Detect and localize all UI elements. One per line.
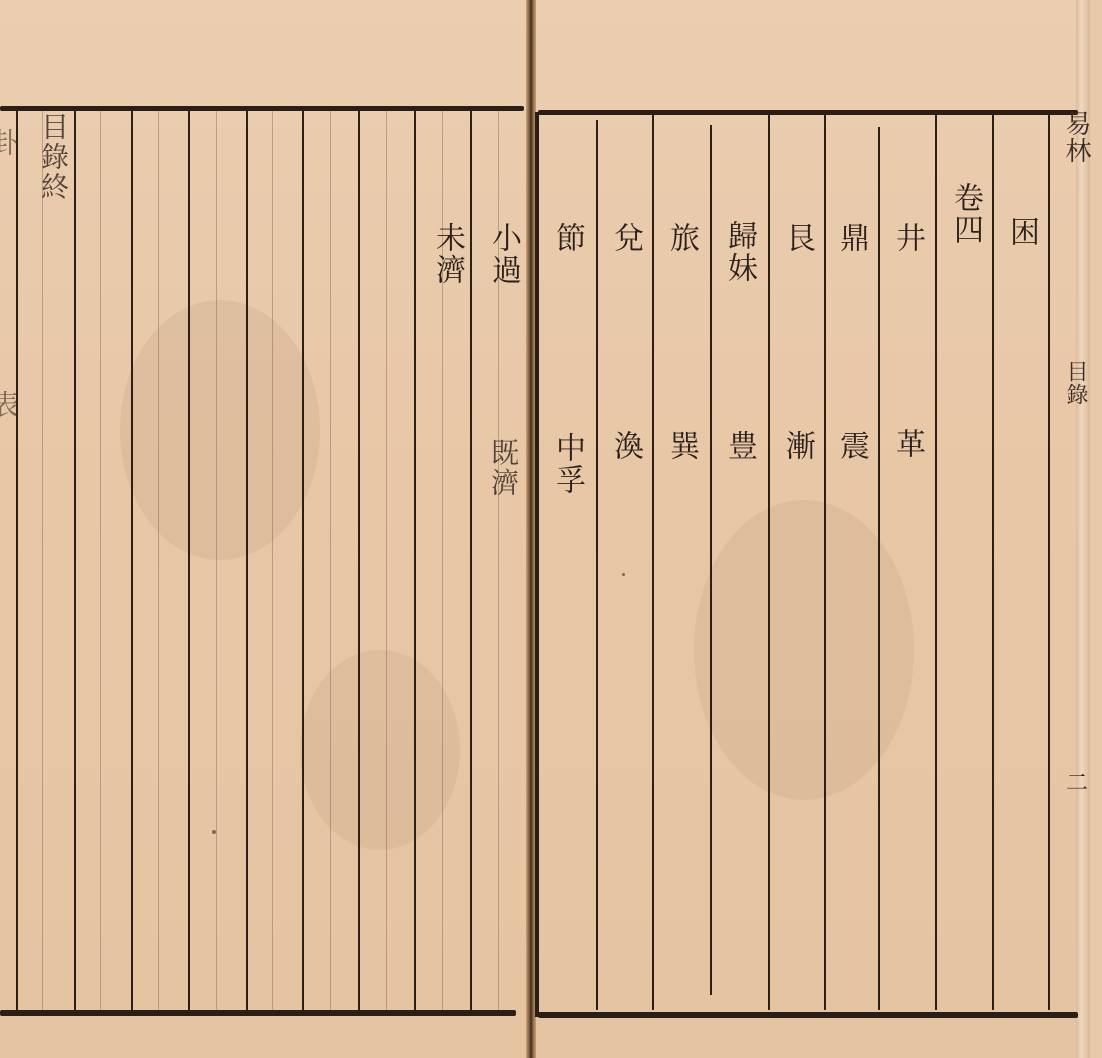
column-rule xyxy=(246,110,248,1010)
column-rule-faint xyxy=(42,110,43,1010)
page-number: 二 xyxy=(1066,766,1088,797)
toc-entry: 中孚 xyxy=(550,432,584,496)
column-rule xyxy=(992,115,994,1010)
column-rule xyxy=(302,110,304,1010)
toc-entry: 節 xyxy=(550,222,584,254)
toc-entry: 渙 xyxy=(608,430,642,462)
right-frame-bottom-rule xyxy=(538,1012,1078,1018)
column-rule xyxy=(16,110,18,1010)
ink-speck xyxy=(622,573,625,576)
toc-entry: 鼎 xyxy=(834,222,868,254)
book-spread: 困 卷四 井 革 鼎 震 艮 漸 歸妹 豊 旅 巽 兌 渙 節 中孚 易林 目錄… xyxy=(0,0,1102,1058)
left-page xyxy=(0,0,528,1058)
toc-entry: 兌 xyxy=(608,222,642,254)
toc-entry: 豊 xyxy=(722,430,756,462)
column-rule xyxy=(652,115,654,1010)
column-rule xyxy=(131,110,133,1010)
column-rule xyxy=(824,115,826,1010)
column-rule xyxy=(1048,115,1050,1010)
toc-entry: 歸妹 xyxy=(722,220,756,284)
column-rule xyxy=(358,110,360,1010)
cropped-fragment: 卦 xyxy=(0,128,20,158)
column-rule-faint xyxy=(100,110,101,1010)
column-rule-faint xyxy=(272,110,273,1010)
column-rule-faint xyxy=(216,110,217,1010)
toc-entry: 困 xyxy=(1004,216,1038,248)
paper-stain xyxy=(120,300,320,560)
toc-entry: 震 xyxy=(834,430,868,462)
right-frame-inner-side xyxy=(535,112,539,1017)
toc-entry: 小過 xyxy=(486,222,520,286)
column-rule xyxy=(414,110,416,1010)
left-frame-top-rule xyxy=(0,106,524,111)
column-rule xyxy=(470,110,472,1010)
column-rule xyxy=(710,125,712,995)
column-rule xyxy=(935,115,937,1010)
toc-entry: 艮 xyxy=(780,222,814,254)
column-rule-faint xyxy=(330,110,331,1010)
right-page xyxy=(534,0,1090,1058)
toc-end-marker: 目錄終 xyxy=(36,112,70,202)
column-rule-faint xyxy=(386,110,387,1010)
toc-entry: 巽 xyxy=(664,430,698,462)
section-edge-label: 目錄 xyxy=(1060,360,1091,406)
cropped-fragment: 表 xyxy=(0,390,20,420)
book-title-edge-label: 易林 xyxy=(1058,110,1095,164)
right-frame-top-rule xyxy=(538,110,1078,115)
column-rule-faint xyxy=(158,110,159,1010)
ink-speck xyxy=(212,830,216,834)
toc-entry: 漸 xyxy=(780,430,814,462)
column-rule xyxy=(878,127,880,1010)
toc-entry: 革 xyxy=(890,428,924,460)
toc-entry: 未濟 xyxy=(430,222,464,286)
column-rule xyxy=(188,110,190,1010)
column-rule xyxy=(768,115,770,1010)
column-rule xyxy=(74,110,76,1010)
left-frame-bottom-rule xyxy=(0,1010,516,1016)
volume-heading: 卷四 xyxy=(948,182,982,246)
paper-stain xyxy=(694,500,914,800)
column-rule xyxy=(596,120,598,1010)
paper-stain xyxy=(300,650,460,850)
toc-entry: 旅 xyxy=(664,222,698,254)
toc-entry: 既濟 xyxy=(486,438,520,498)
toc-entry: 井 xyxy=(890,222,924,254)
